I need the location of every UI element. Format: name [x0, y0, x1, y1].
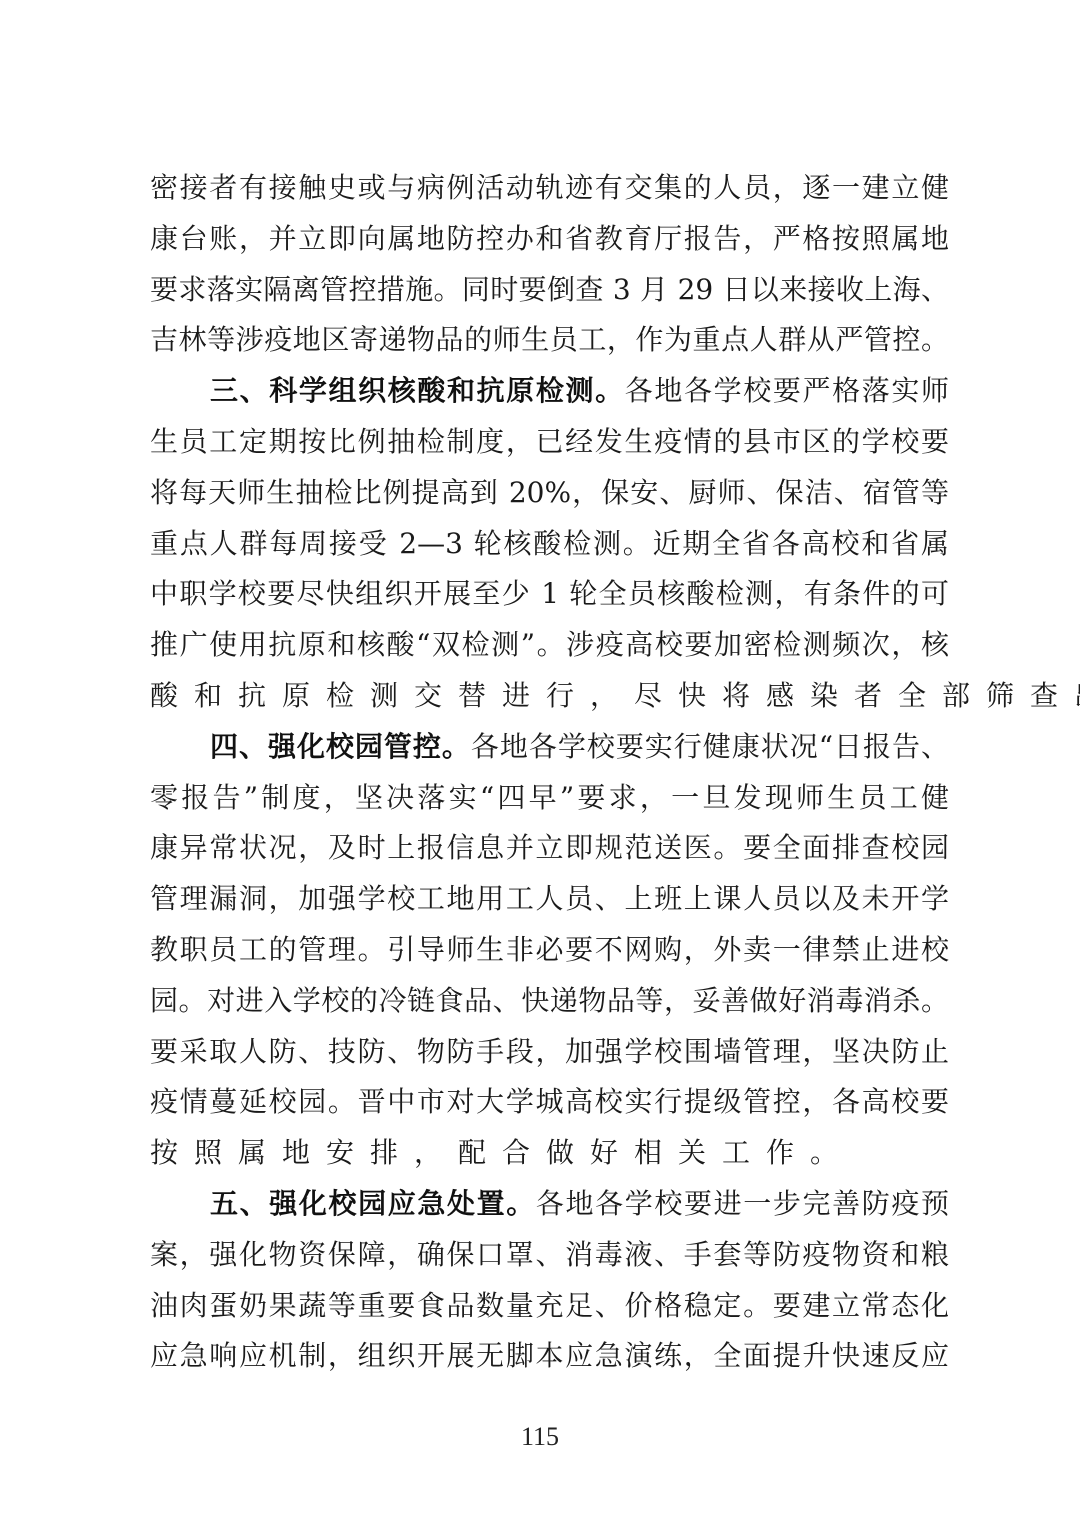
text-run: 各地各学校要严格落实师 [625, 374, 949, 407]
text-line: 密接者有接触史或与病例活动轨迹有交集的人员，逐一建立健 [150, 163, 949, 214]
section-3-heading: 三、科学组织核酸和抗原检测。 [210, 374, 625, 407]
section-4-heading: 四、强化校园管控。 [210, 730, 471, 763]
text-line: 将每天师生抽检比例提高到 20%，保安、厨师、保洁、宿管等 [150, 468, 949, 519]
text-line: 酸和抗原检测交替进行，尽快将感染者全部筛查出来。 [150, 671, 949, 722]
text-line: 案，强化物资保障，确保口罩、消毒液、手套等防疫物资和粮 [150, 1230, 949, 1281]
text-line: 应急响应机制，组织开展无脚本应急演练，全面提升快速反应 [150, 1331, 949, 1382]
section-5-first-line: 五、强化校园应急处置。各地各学校要进一步完善防疫预 [150, 1179, 949, 1230]
text-line: 生员工定期按比例抽检制度，已经发生疫情的县市区的学校要 [150, 417, 949, 468]
text-line: 管理漏洞，加强学校工地用工人员、上班上课人员以及未开学 [150, 874, 949, 925]
page-number: 115 [0, 1422, 1080, 1452]
text-line: 油肉蛋奶果蔬等重要食品数量充足、价格稳定。要建立常态化 [150, 1281, 949, 1332]
section-3-first-line: 三、科学组织核酸和抗原检测。各地各学校要严格落实师 [150, 366, 949, 417]
text-line: 园。对进入学校的冷链食品、快递物品等，妥善做好消毒消杀。 [150, 976, 949, 1027]
text-line: 要求落实隔离管控措施。同时要倒查 3 月 29 日以来接收上海、 [150, 265, 949, 316]
text-line: 疫情蔓延校园。晋中市对大学城高校实行提级管控，各高校要 [150, 1077, 949, 1128]
text-line: 重点人群每周接受 2—3 轮核酸检测。近期全省各高校和省属 [150, 519, 949, 570]
text-line: 推广使用抗原和核酸“双检测”。涉疫高校要加密检测频次，核 [150, 620, 949, 671]
section-4-first-line: 四、强化校园管控。各地各学校要实行健康状况“日报告、 [150, 722, 949, 773]
text-line: 要采取人防、技防、物防手段，加强学校围墙管理，坚决防止 [150, 1027, 949, 1078]
text-line: 吉林等涉疫地区寄递物品的师生员工，作为重点人群从严管控。 [150, 315, 949, 366]
document-page: 密接者有接触史或与病例活动轨迹有交集的人员，逐一建立健 康台账，并立即向属地防控… [0, 0, 1080, 1527]
text-line: 零报告”制度，坚决落实“四早”要求，一旦发现师生员工健 [150, 773, 949, 824]
section-5-heading: 五、强化校园应急处置。 [210, 1187, 536, 1220]
text-line: 康异常状况，及时上报信息并立即规范送医。要全面排查校园 [150, 823, 949, 874]
text-line: 按照属地安排，配合做好相关工作。 [150, 1128, 949, 1179]
body-text: 密接者有接触史或与病例活动轨迹有交集的人员，逐一建立健 康台账，并立即向属地防控… [150, 163, 949, 1382]
text-line: 康台账，并立即向属地防控办和省教育厅报告，严格按照属地 [150, 214, 949, 265]
text-line: 教职员工的管理。引导师生非必要不网购，外卖一律禁止进校 [150, 925, 949, 976]
text-line: 中职学校要尽快组织开展至少 1 轮全员核酸检测，有条件的可 [150, 569, 949, 620]
text-run: 各地各学校要实行健康状况“日报告、 [471, 730, 949, 763]
text-run: 各地各学校要进一步完善防疫预 [536, 1187, 949, 1220]
